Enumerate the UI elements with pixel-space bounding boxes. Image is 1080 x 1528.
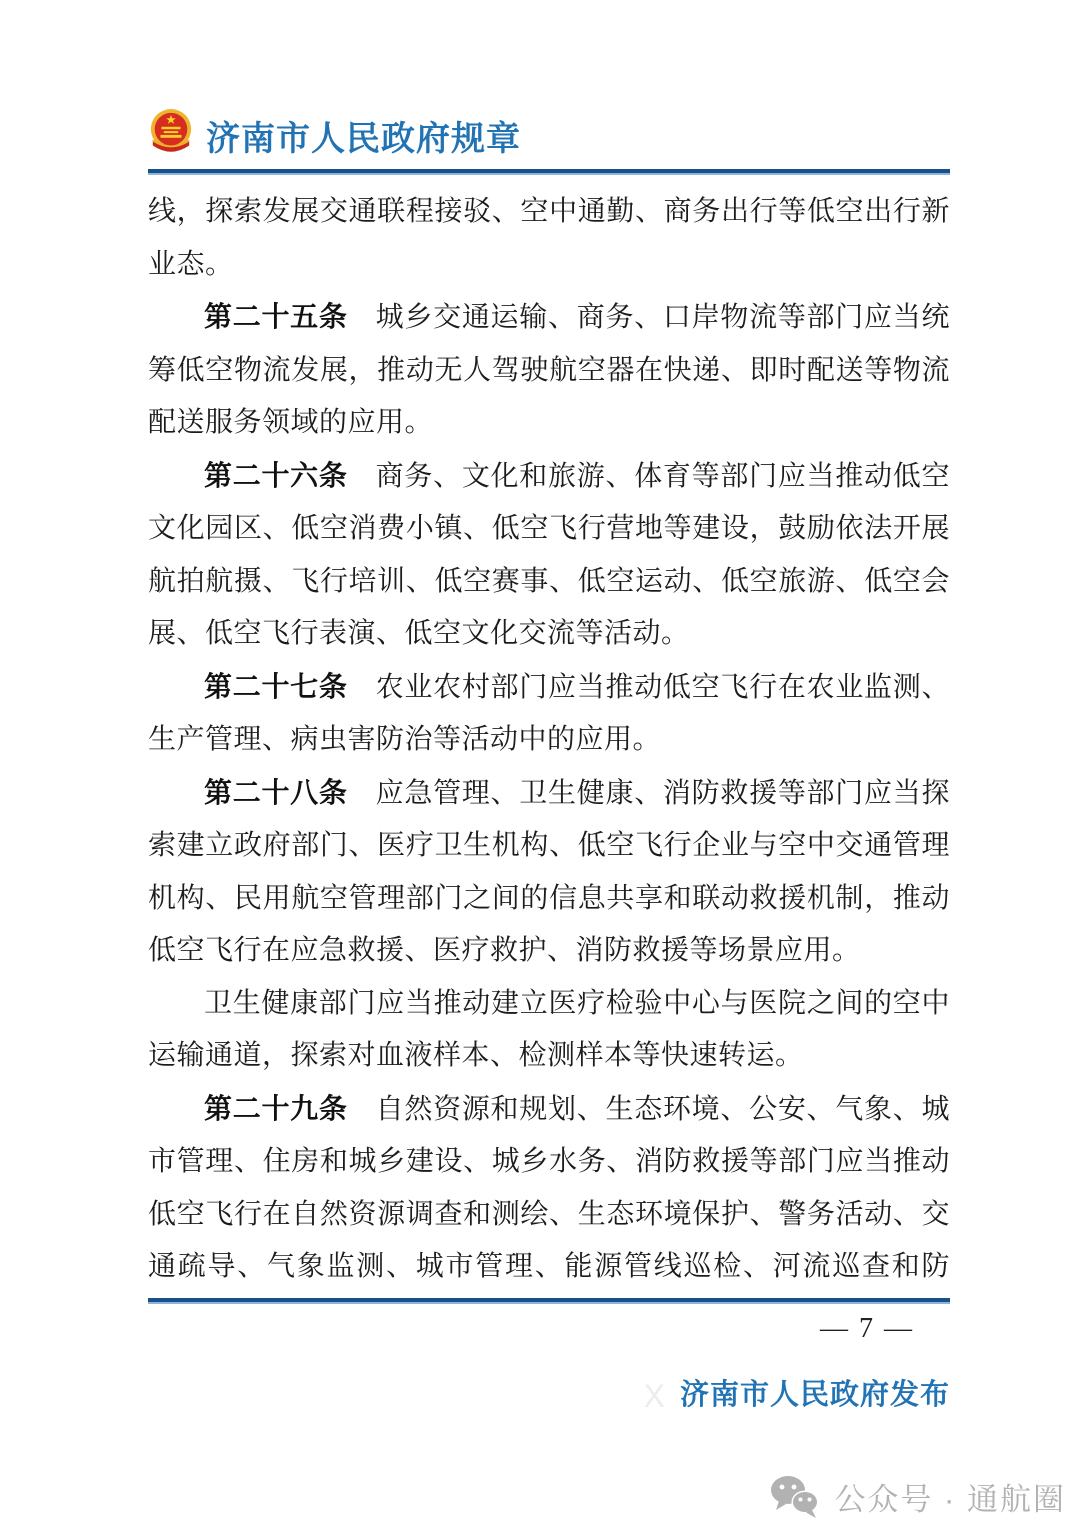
publisher-line: X济南市人民政府发布 [148, 1372, 950, 1415]
paragraph-text: 线，探索发展交通联程接驳、空中通勤、商务出行等低空出行新业态。 [148, 196, 950, 280]
paragraph-article-28: 第二十八条应急管理、卫生健康、消防救援等部门应当探索建立政府部门、医疗卫生机构、… [148, 767, 950, 978]
wechat-icon [770, 1475, 820, 1519]
paragraph-article-27: 第二十七条农业农村部门应当推动低空飞行在农业监测、生产管理、病虫害防治等活动中的… [148, 661, 950, 767]
wechat-badge-label: 公众号 · 通航圈 [834, 1474, 1066, 1519]
paragraph-article-26: 第二十六条商务、文化和旅游、体育等部门应当推动低空文化园区、低空消费小镇、低空飞… [148, 450, 950, 661]
paragraph-health: 卫生健康部门应当推动建立医疗检验中心与医院之间的空中运输通道，探索对血液样本、检… [148, 978, 950, 1083]
publisher-text: 济南市人民政府发布 [680, 1379, 950, 1411]
footer-divider [148, 1298, 950, 1304]
article-number: 第二十五条 [204, 301, 348, 332]
article-number: 第二十八条 [204, 777, 348, 808]
paragraph-text: 卫生健康部门应当推动建立医疗检验中心与医院之间的空中运输通道，探索对血液样本、检… [148, 988, 950, 1072]
page-title: 济南市人民政府规章 [206, 111, 521, 160]
paragraph-article-29: 第二十九条自然资源和规划、生态环境、公安、气象、城市管理、住房和城乡建设、城乡水… [148, 1083, 950, 1295]
article-number: 第二十九条 [204, 1093, 348, 1124]
article-number: 第二十六条 [204, 460, 348, 491]
page-header: 济南市人民政府规章 [148, 110, 950, 175]
watermark-x: X [644, 1378, 666, 1414]
paragraph-article-25: 第二十五条城乡交通运输、商务、口岸物流等部门应当统筹低空物流发展，推动无人驾驶航… [148, 291, 950, 450]
header-divider [148, 169, 950, 175]
page-number: — 7 — [148, 1313, 950, 1345]
document-body: 线，探索发展交通联程接驳、空中通勤、商务出行等低空出行新业态。 第二十五条城乡交… [148, 186, 950, 1294]
wechat-account-badge: 公众号 · 通航圈 [770, 1474, 1066, 1519]
china-national-emblem-icon [148, 108, 194, 163]
paragraph-continued: 线，探索发展交通联程接驳、空中通勤、商务出行等低空出行新业态。 [148, 186, 950, 291]
document-page: 济南市人民政府规章 线，探索发展交通联程接驳、空中通勤、商务出行等低空出行新业态… [0, 0, 1080, 1528]
article-number: 第二十七条 [204, 671, 348, 702]
